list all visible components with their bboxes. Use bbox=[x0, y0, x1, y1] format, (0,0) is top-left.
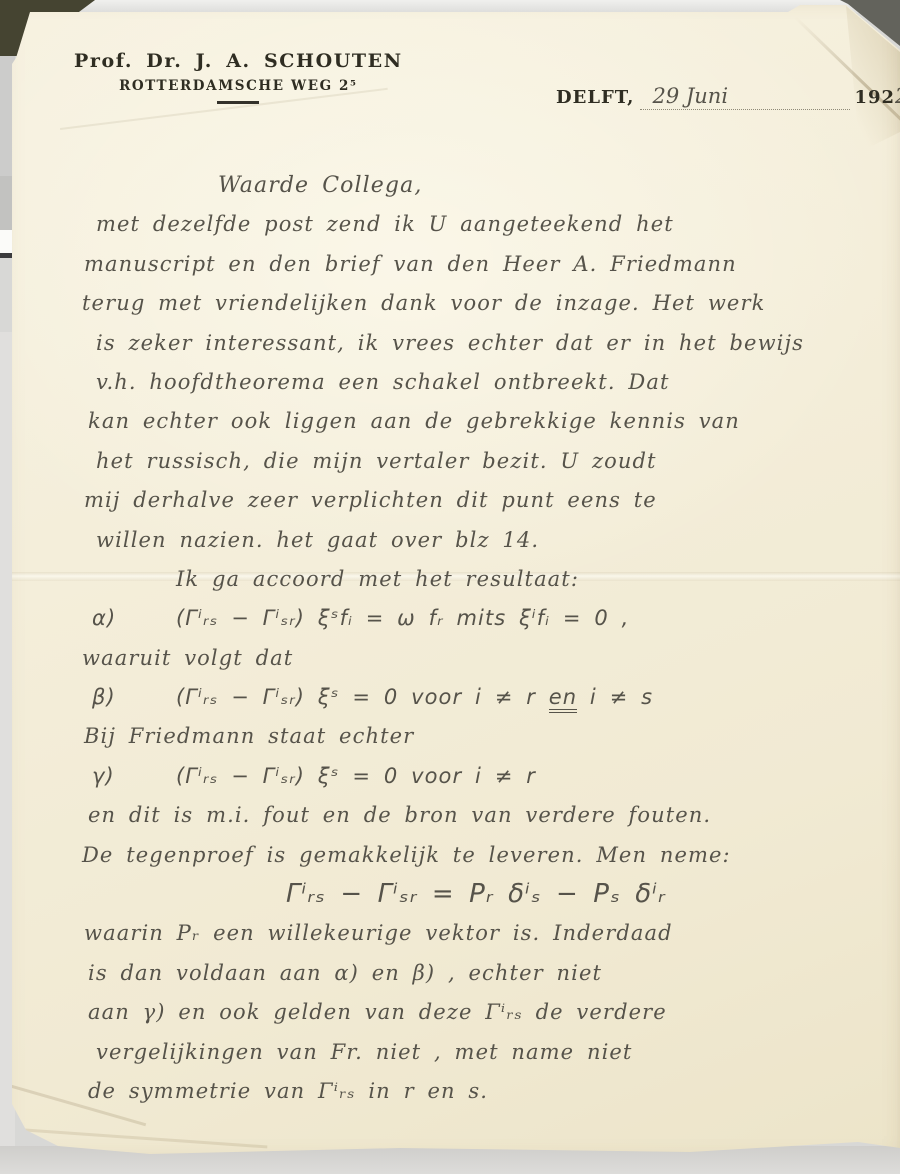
printed-year-prefix: 192 bbox=[854, 87, 895, 108]
body-line: manuscript en den brief van den Heer A. … bbox=[84, 245, 900, 284]
handwritten-year-digit: 2 bbox=[895, 84, 900, 108]
body-line: is zeker interessant, ik vrees echter da… bbox=[96, 324, 900, 363]
dateline: DELFT,29 Juni1922. bbox=[556, 84, 900, 110]
sender-address: ROTTERDAMSCHE WEG 2⁵ bbox=[74, 78, 403, 94]
body-line: waaruit volgt dat bbox=[82, 639, 900, 678]
body-line: kan echter ook liggen aan de gebrekkige … bbox=[88, 402, 900, 441]
body-line: vergelijkingen van Fr. niet , met name n… bbox=[96, 1033, 900, 1072]
equation-alpha: α)(Γⁱᵣₛ − Γⁱₛᵣ) ξˢfᵢ = ω fᵣ mits ξⁱfᵢ = … bbox=[92, 599, 900, 638]
sender-name: Prof. Dr. J. A. SCHOUTEN bbox=[74, 50, 403, 72]
equation-formula: (Γⁱᵣₛ − Γⁱₛᵣ) ξˢ = 0 voor i ≠ r bbox=[176, 764, 536, 788]
letter-paper: Prof. Dr. J. A. SCHOUTEN ROTTERDAMSCHE W… bbox=[0, 0, 900, 1174]
equation-formula: (Γⁱᵣₛ − Γⁱₛᵣ) ξˢ = 0 voor i ≠ r en i ≠ s bbox=[176, 685, 653, 713]
body-line: met dezelfde post zend ik U aangeteekend… bbox=[96, 205, 900, 244]
formula-segment: (Γⁱᵣₛ − Γⁱₛᵣ) ξˢ = 0 voor i ≠ r bbox=[176, 685, 549, 709]
body-line: terug met vriendelijken dank voor de inz… bbox=[82, 284, 900, 323]
underlined-word: en bbox=[549, 685, 577, 713]
letterhead: Prof. Dr. J. A. SCHOUTEN ROTTERDAMSCHE W… bbox=[74, 50, 403, 104]
equation-gamma: γ)(Γⁱᵣₛ − Γⁱₛᵣ) ξˢ = 0 voor i ≠ r bbox=[92, 757, 900, 796]
scanner-background-top bbox=[0, 0, 900, 13]
date-dotted-line: 29 Juni bbox=[640, 84, 850, 110]
body-line: waarin Pᵣ een willekeurige vektor is. In… bbox=[84, 914, 900, 953]
scanned-letter-page: Prof. Dr. J. A. SCHOUTEN ROTTERDAMSCHE W… bbox=[0, 0, 900, 1174]
handwritten-date: 29 Juni bbox=[652, 84, 728, 108]
formula-segment: i ≠ s bbox=[577, 685, 653, 709]
display-equation: Γⁱᵣₛ − Γⁱₛᵣ = Pᵣ δⁱₛ − Pₛ δⁱᵣ bbox=[286, 875, 900, 914]
letterhead-rule bbox=[217, 101, 259, 104]
body-line: Ik ga accoord met het resultaat: bbox=[176, 560, 900, 599]
salutation: Waarde Collega, bbox=[218, 166, 900, 205]
city-label: DELFT, bbox=[556, 87, 634, 108]
body-line: willen nazien. het gaat over blz 14. bbox=[96, 521, 900, 560]
body-line: de symmetrie van Γⁱᵣₛ in r en s. bbox=[88, 1072, 900, 1111]
equation-label-gamma: γ) bbox=[92, 757, 176, 796]
body-line: aan γ) en ook gelden van deze Γⁱᵣₛ de ve… bbox=[88, 993, 900, 1032]
equation-beta: β)(Γⁱᵣₛ − Γⁱₛᵣ) ξˢ = 0 voor i ≠ r en i ≠… bbox=[92, 678, 900, 717]
equation-label-alpha: α) bbox=[92, 599, 176, 638]
equation-formula: (Γⁱᵣₛ − Γⁱₛᵣ) ξˢfᵢ = ω fᵣ mits ξⁱfᵢ = 0 … bbox=[176, 606, 629, 630]
body-line: De tegenproef is gemakkelijk te leveren.… bbox=[82, 836, 900, 875]
body-line: en dit is m.i. fout en de bron van verde… bbox=[88, 796, 900, 835]
body-line: Bij Friedmann staat echter bbox=[84, 717, 900, 756]
year-group: 1922. bbox=[854, 88, 900, 107]
body-line: mij derhalve zeer verplichten dit punt e… bbox=[84, 481, 900, 520]
equation-label-beta: β) bbox=[92, 678, 176, 717]
letter-body: Waarde Collega, met dezelfde post zend i… bbox=[0, 166, 900, 1111]
body-line: v.h. hoofdtheorema een schakel ontbreekt… bbox=[96, 363, 900, 402]
body-line: is dan voldaan aan α) en β) , echter nie… bbox=[88, 954, 900, 993]
body-line: het russisch, die mijn vertaler bezit. U… bbox=[96, 442, 900, 481]
